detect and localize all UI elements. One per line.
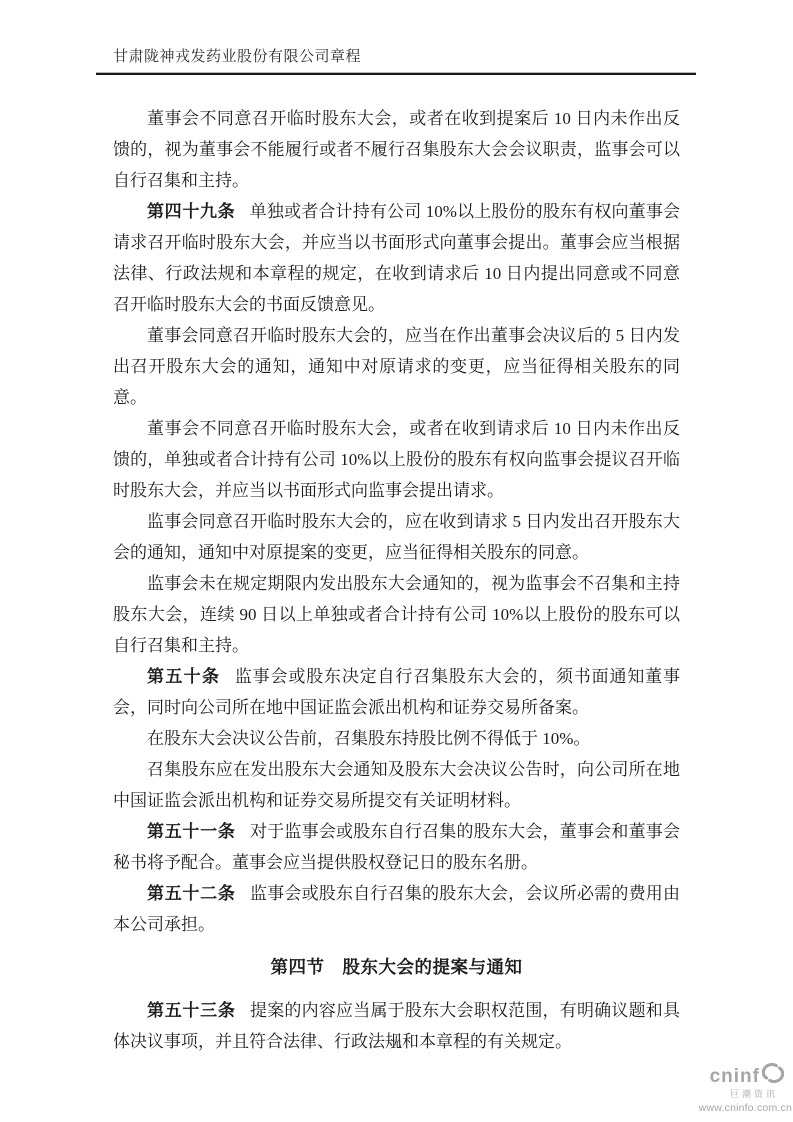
article-49-number: 第四十九条 <box>147 202 250 221</box>
paragraph-board-agrees: 董事会同意召开临时股东大会的，应当在作出董事会决议后的 5 日内发出召开股东大会… <box>113 320 680 413</box>
cninfo-watermark: cninf 巨潮资讯 www.cninfo.com.cn <box>699 1066 792 1114</box>
page-header: 甘肃陇神戎发药业股份有限公司章程 <box>96 46 696 75</box>
document-body: 董事会不同意召开临时股东大会，或者在收到提案后 10 日内未作出反馈的，视为董事… <box>113 103 680 1057</box>
paragraph-shareholding-ratio: 在股东大会决议公告前，召集股东持股比例不得低于 10%。 <box>113 723 680 754</box>
paragraph-submit-materials: 召集股东应在发出股东大会通知及股东大会决议公告时，向公司所在地中国证监会派出机构… <box>113 754 680 816</box>
article-51-number: 第五十一条 <box>147 822 250 841</box>
header-divider <box>96 73 696 75</box>
article-50-number: 第五十条 <box>147 667 235 686</box>
article-51-paragraph: 第五十一条对于监事会或股东自行召集的股东大会，董事会和董事会秘书将予配合。董事会… <box>113 816 680 878</box>
cninfo-brand-row: cninf <box>699 1066 792 1087</box>
cninfo-swirl-icon <box>762 1063 784 1087</box>
article-52-paragraph: 第五十二条监事会或股东自行召集的股东大会，会议所必需的费用由本公司承担。 <box>113 878 680 940</box>
page-number: 11 <box>0 1036 793 1052</box>
paragraph-supervisors-agree: 监事会同意召开临时股东大会的，应在收到请求 5 日内发出召开股东大会的通知，通知… <box>113 506 680 568</box>
cninfo-url: www.cninfo.com.cn <box>699 1103 792 1114</box>
cninfo-brand-text: cninf <box>710 1067 760 1086</box>
paragraph-board-no-feedback: 董事会不同意召开临时股东大会，或者在收到提案后 10 日内未作出反馈的，视为董事… <box>113 103 680 196</box>
document-page: 甘肃陇神戎发药业股份有限公司章程 董事会不同意召开临时股东大会，或者在收到提案后… <box>0 0 793 1122</box>
paragraph-board-disagrees: 董事会不同意召开临时股东大会，或者在收到请求后 10 日内未作出反馈的，单独或者… <box>113 413 680 506</box>
section-4-heading: 第四节 股东大会的提案与通知 <box>113 952 680 983</box>
article-53-number: 第五十三条 <box>147 1001 250 1020</box>
header-title: 甘肃陇神戎发药业股份有限公司章程 <box>96 46 696 68</box>
article-50-paragraph: 第五十条监事会或股东决定自行召集股东大会的，须书面通知董事会，同时向公司所在地中… <box>113 661 680 723</box>
paragraph-supervisors-no-notice: 监事会未在规定期限内发出股东大会通知的，视为监事会不召集和主持股东大会，连续 9… <box>113 568 680 661</box>
article-52-number: 第五十二条 <box>147 884 250 903</box>
cninfo-name: 巨潮资讯 <box>699 1090 792 1099</box>
article-49-paragraph: 第四十九条单独或者合计持有公司 10%以上股份的股东有权向董事会请求召开临时股东… <box>113 196 680 320</box>
